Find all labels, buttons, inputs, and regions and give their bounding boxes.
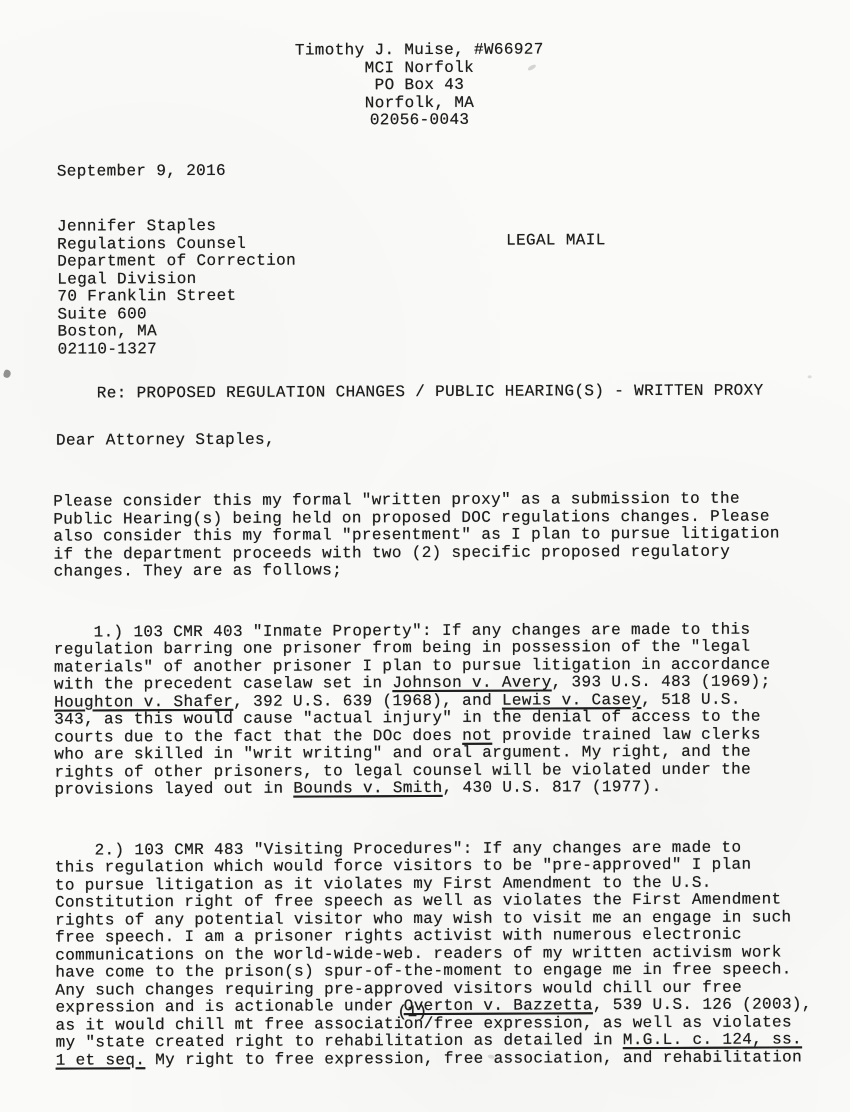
sender-zip-line: 02056-0043 — [0, 110, 841, 131]
subject-line: Re: PROPOSED REGULATION CHANGES / PUBLIC… — [97, 383, 764, 403]
paragraph-1-inmate-property: 1.) 103 CMR 403 "Inmate Property": If an… — [54, 621, 839, 799]
letter-page: Timothy J. Muise, #W66927 MCI Norfolk PO… — [0, 0, 850, 1112]
paragraph-2-visiting-procedures: 2.) 103 CMR 483 "Visiting Procedures": I… — [55, 839, 840, 1070]
recipient-address: Jennifer Staples Regulations Counsel Dep… — [57, 218, 296, 359]
recipient-division-line: Legal Division — [57, 270, 296, 289]
scan-artifact — [3, 369, 12, 379]
page-number: (1) — [2, 1002, 822, 1023]
sender-address: Timothy J. Muise, #W66927 MCI Norfolk PO… — [0, 40, 841, 131]
recipient-name-line: Jennifer Staples — [57, 218, 296, 237]
recipient-department-line: Department of Correction — [57, 253, 296, 272]
recipient-city-line: Boston, MA — [57, 323, 296, 342]
recipient-suite-line: Suite 600 — [57, 305, 296, 324]
recipient-zip-line: 02110-1327 — [58, 340, 297, 359]
recipient-street-line: 70 Franklin Street — [57, 288, 296, 307]
salutation: Dear Attorney Staples, — [56, 432, 275, 450]
scan-artifact — [808, 375, 812, 378]
legal-mail-label: LEGAL MAIL — [506, 232, 606, 250]
paragraph-intro: Please consider this my formal "written … — [53, 490, 837, 581]
scanned-sheet: Timothy J. Muise, #W66927 MCI Norfolk PO… — [0, 0, 850, 1112]
date-line: September 9, 2016 — [57, 163, 226, 181]
